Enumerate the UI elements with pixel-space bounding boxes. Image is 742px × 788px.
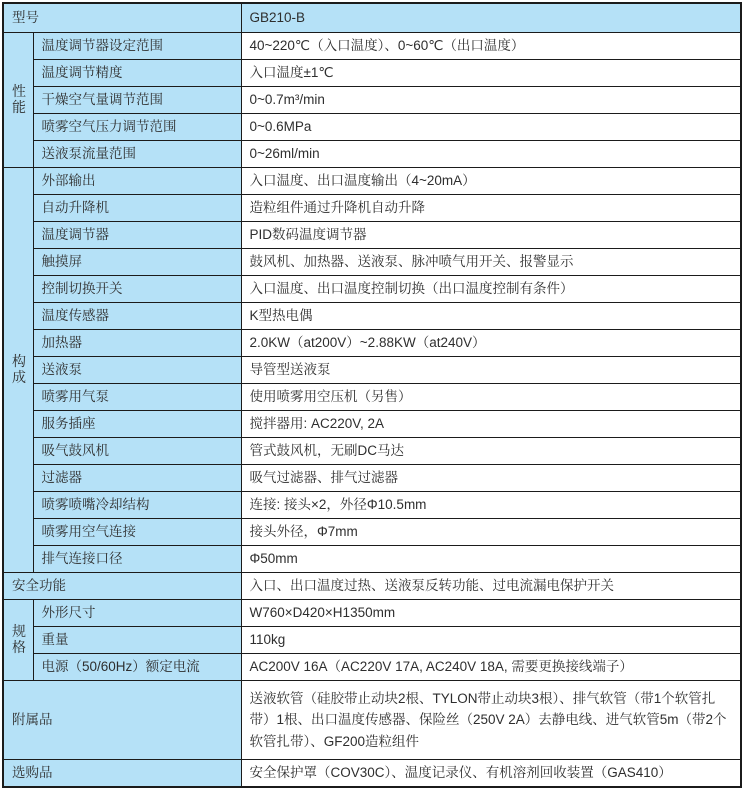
table-row: 电源（50/60Hz）额定电流 AC200V 16A（AC220V 17A, A… <box>3 654 741 681</box>
table-row: 温度调节器 PID数码温度调节器 <box>3 222 741 249</box>
group-cell-composition: 构成 <box>3 168 33 573</box>
spec-value-cell: 送液软管（硅胶带止动块2根、TYLON带止动块3根）、排气软管（带1个软管扎带）… <box>241 681 741 760</box>
spec-value-model: GB210-B <box>241 3 741 33</box>
spec-label-cell: 喷雾用气泵 <box>33 384 241 411</box>
table-row: 吸气鼓风机 管式鼓风机，无刷DC马达 <box>3 438 741 465</box>
spec-label-cell: 电源（50/60Hz）额定电流 <box>33 654 241 681</box>
spec-label-cell: 送液泵 <box>33 357 241 384</box>
table-row: 选购品 安全保护罩（COV30C）、温度记录仪、有机溶剂回收装置（GAS410） <box>3 760 741 788</box>
spec-label-cell: 触摸屏 <box>33 249 241 276</box>
table-row: 喷雾空气压力调节范围 0~0.6MPa <box>3 114 741 141</box>
table-row: 加热器 2.0KW（at200V）~2.88KW（at240V） <box>3 330 741 357</box>
table-row: 型号 GB210-B <box>3 3 741 33</box>
spec-sheet: 型号 GB210-B 性能 温度调节器设定范围 40~220℃（入口温度）、0~… <box>0 0 742 759</box>
table-row: 送液泵 导管型送液泵 <box>3 357 741 384</box>
spec-label-cell: 喷雾空气压力调节范围 <box>33 114 241 141</box>
spec-value-cell: 鼓风机、加热器、送液泵、脉冲喷气用开关、报警显示 <box>241 249 741 276</box>
table-row: 温度调节精度 入口温度±1℃ <box>3 60 741 87</box>
spec-label-cell: 外部输出 <box>33 168 241 195</box>
spec-label-cell: 重量 <box>33 627 241 654</box>
table-row: 温度传感器 K型热电偶 <box>3 303 741 330</box>
table-row: 安全功能 入口、出口温度过热、送液泵反转功能、过电流漏电保护开关 <box>3 573 741 600</box>
spec-value-cell: 连接: 接头×2，外径Φ10.5mm <box>241 492 741 519</box>
spec-label-cell: 服务插座 <box>33 411 241 438</box>
spec-value-cell: 搅拌器用: AC220V, 2A <box>241 411 741 438</box>
spec-value-cell: 吸气过滤器、排气过滤器 <box>241 465 741 492</box>
table-row: 自动升降机 造粒组件通过升降机自动升降 <box>3 195 741 222</box>
spec-value-cell: AC200V 16A（AC220V 17A, AC240V 18A, 需要更换接… <box>241 654 741 681</box>
spec-label-accessories: 附属品 <box>3 681 241 760</box>
spec-label-cell: 过滤器 <box>33 465 241 492</box>
spec-label-safety: 安全功能 <box>3 573 241 600</box>
table-row: 排气连接口径 Φ50mm <box>3 546 741 573</box>
spec-label-cell: 温度调节器 <box>33 222 241 249</box>
table-row: 控制切换开关 入口温度、出口温度控制切换（出口温度控制有条件） <box>3 276 741 303</box>
spec-value-cell: 0~26ml/min <box>241 141 741 168</box>
spec-label-cell: 喷雾喷嘴冷却结构 <box>33 492 241 519</box>
table-row: 干燥空气量调节范围 0~0.7m³/min <box>3 87 741 114</box>
table-row: 服务插座 搅拌器用: AC220V, 2A <box>3 411 741 438</box>
spec-value-cell: 110kg <box>241 627 741 654</box>
spec-value-cell: 入口温度、出口温度输出（4~20mA） <box>241 168 741 195</box>
spec-value-cell: 0~0.7m³/min <box>241 87 741 114</box>
table-row: 触摸屏 鼓风机、加热器、送液泵、脉冲喷气用开关、报警显示 <box>3 249 741 276</box>
table-row: 过滤器 吸气过滤器、排气过滤器 <box>3 465 741 492</box>
table-row: 送液泵流量范围 0~26ml/min <box>3 141 741 168</box>
spec-label-model: 型号 <box>3 3 241 33</box>
group-cell-performance: 性能 <box>3 33 33 168</box>
spec-label-cell: 自动升降机 <box>33 195 241 222</box>
spec-label-cell: 温度传感器 <box>33 303 241 330</box>
spec-value-cell: 入口、出口温度过热、送液泵反转功能、过电流漏电保护开关 <box>241 573 741 600</box>
spec-value-cell: PID数码温度调节器 <box>241 222 741 249</box>
table-row: 规格 外形尺寸 W760×D420×H1350mm <box>3 600 741 627</box>
spec-value-cell: 使用喷雾用空压机（另售） <box>241 384 741 411</box>
spec-value-cell: W760×D420×H1350mm <box>241 600 741 627</box>
spec-label-cell: 加热器 <box>33 330 241 357</box>
spec-table: 型号 GB210-B 性能 温度调节器设定范围 40~220℃（入口温度）、0~… <box>2 2 742 788</box>
spec-label-cell: 吸气鼓风机 <box>33 438 241 465</box>
group-label-performance: 性能 <box>12 83 26 115</box>
table-row: 性能 温度调节器设定范围 40~220℃（入口温度）、0~60℃（出口温度） <box>3 33 741 60</box>
spec-value-cell: 2.0KW（at200V）~2.88KW（at240V） <box>241 330 741 357</box>
spec-value-cell: 造粒组件通过升降机自动升降 <box>241 195 741 222</box>
spec-label-cell: 干燥空气量调节范围 <box>33 87 241 114</box>
group-cell-specs: 规格 <box>3 600 33 681</box>
spec-value-cell: 40~220℃（入口温度）、0~60℃（出口温度） <box>241 33 741 60</box>
spec-label-cell: 送液泵流量范围 <box>33 141 241 168</box>
spec-value-cell: 接头外径，Φ7mm <box>241 519 741 546</box>
spec-value-cell: 安全保护罩（COV30C）、温度记录仪、有机溶剂回收装置（GAS410） <box>241 760 741 788</box>
spec-label-cell: 外形尺寸 <box>33 600 241 627</box>
spec-value-cell: K型热电偶 <box>241 303 741 330</box>
spec-label-optional: 选购品 <box>3 760 241 788</box>
spec-label-cell: 控制切换开关 <box>33 276 241 303</box>
group-label-specs: 规格 <box>12 623 26 655</box>
table-row: 附属品 送液软管（硅胶带止动块2根、TYLON带止动块3根）、排气软管（带1个软… <box>3 681 741 760</box>
table-row: 喷雾喷嘴冷却结构 连接: 接头×2，外径Φ10.5mm <box>3 492 741 519</box>
spec-value-cell: Φ50mm <box>241 546 741 573</box>
spec-label-cell: 温度调节器设定范围 <box>33 33 241 60</box>
spec-label-cell: 排气连接口径 <box>33 546 241 573</box>
table-row: 重量 110kg <box>3 627 741 654</box>
spec-value-cell: 导管型送液泵 <box>241 357 741 384</box>
table-row: 喷雾用气泵 使用喷雾用空压机（另售） <box>3 384 741 411</box>
group-label-composition: 构成 <box>12 353 26 385</box>
table-row: 喷雾用空气连接 接头外径，Φ7mm <box>3 519 741 546</box>
spec-value-cell: 0~0.6MPa <box>241 114 741 141</box>
spec-label-cell: 温度调节精度 <box>33 60 241 87</box>
table-row: 构成 外部输出 入口温度、出口温度输出（4~20mA） <box>3 168 741 195</box>
spec-value-cell: 入口温度±1℃ <box>241 60 741 87</box>
spec-label-cell: 喷雾用空气连接 <box>33 519 241 546</box>
spec-value-cell: 入口温度、出口温度控制切换（出口温度控制有条件） <box>241 276 741 303</box>
spec-value-cell: 管式鼓风机，无刷DC马达 <box>241 438 741 465</box>
